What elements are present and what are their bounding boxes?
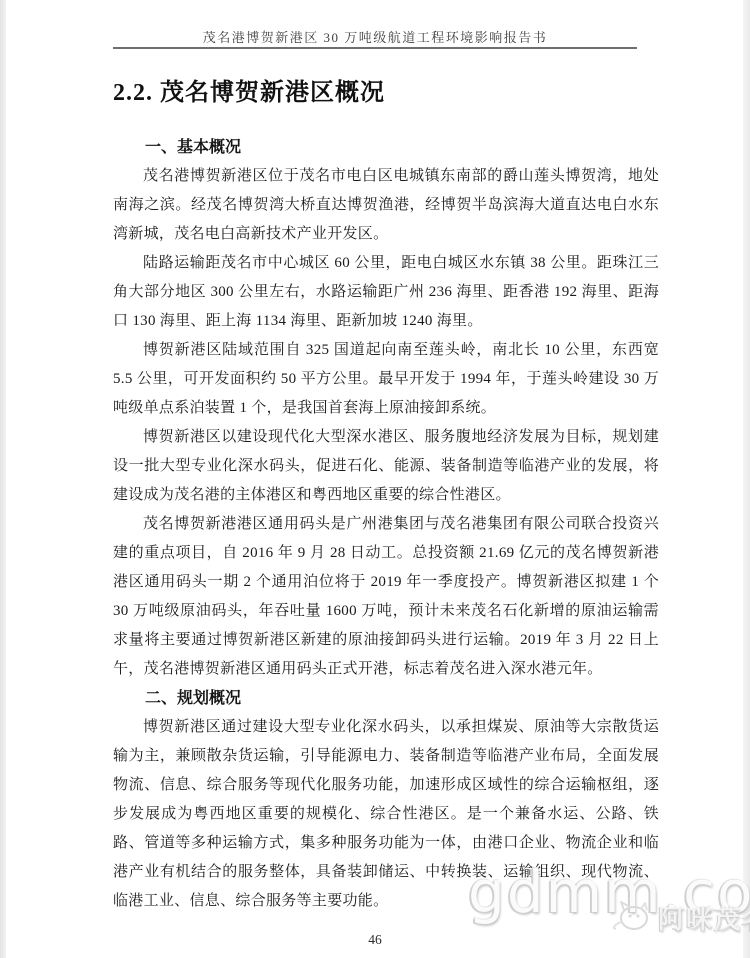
page-number: 46	[0, 932, 750, 948]
document-page: 茂名港博贺新港区 30 万吨级航道工程环境影响报告书 2.2. 茂名博贺新港区概…	[0, 0, 750, 958]
subsection-heading-planning-overview: 二、规划概况	[113, 684, 659, 713]
section-title: 2.2. 茂名博贺新港区概况	[113, 78, 659, 108]
paragraph-planning: 博贺新港区通过建设大型专业化深水码头，以承担煤炭、原油等大宗散货运输为主，兼顾散…	[113, 713, 659, 916]
document-header-title: 茂名港博贺新港区 30 万吨级航道工程环境影响报告书	[0, 27, 750, 46]
scan-edge-right	[743, 0, 750, 958]
paragraph-wharf-investment: 茂名博贺新港港区通用码头是广州港集团与茂名港集团有限公司联合投资兴建的重点项目，…	[113, 510, 659, 684]
paragraph-distances: 陆路运输距茂名市中心城区 60 公里，距电白城区水东镇 38 公里。距珠江三角大…	[113, 249, 659, 336]
paragraph-location: 茂名港博贺新港区位于茂名市电白区电城镇东南部的爵山莲头博贺湾，地处南海之滨。经茂…	[113, 162, 659, 249]
paragraph-development-goal: 博贺新港区以建设现代化大型深水港区、服务腹地经济发展为目标，规划建设一批大型专业…	[113, 423, 659, 510]
subsection-heading-basic-overview: 一、基本概况	[113, 133, 659, 162]
scan-edge-left	[0, 0, 6, 958]
header-divider	[113, 47, 637, 49]
document-body: 2.2. 茂名博贺新港区概况 一、基本概况 茂名港博贺新港区位于茂名市电白区电城…	[113, 78, 659, 916]
paragraph-land-area: 博贺新港区陆域范围自 325 国道起向南至莲头岭，南北长 10 公里，东西宽 5…	[113, 336, 659, 423]
watermark-brand-text: 阿咪茂名	[658, 899, 750, 936]
